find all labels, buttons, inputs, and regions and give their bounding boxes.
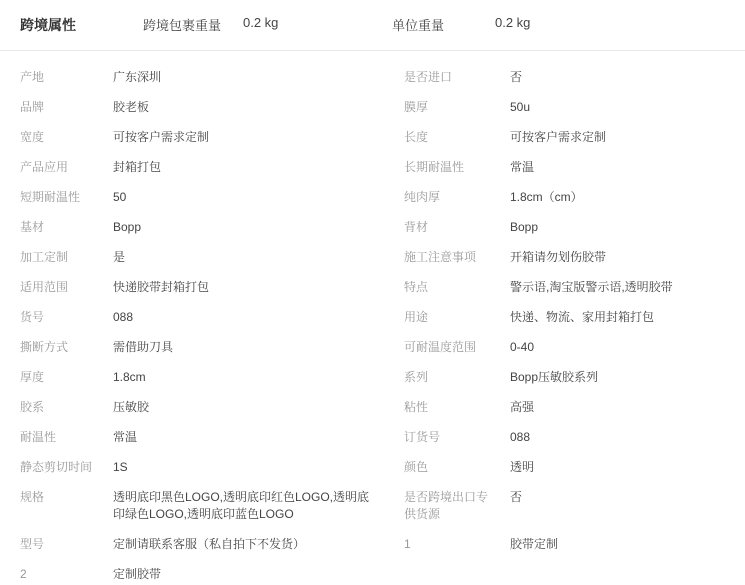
attribute-label: 系列 xyxy=(404,360,510,390)
attribute-label: 背材 xyxy=(404,210,510,240)
attribute-value: 封箱打包 xyxy=(113,150,404,180)
attribute-label: 是否跨境出口专供货源 xyxy=(404,480,510,527)
attribute-value: 常温 xyxy=(113,420,404,450)
attribute-label: 撕断方式 xyxy=(20,330,113,360)
attribute-value: 50u xyxy=(510,90,745,120)
attribute-value: 需借助刀具 xyxy=(113,330,404,360)
attribute-value: 快递胶带封箱打包 xyxy=(113,270,404,300)
attribute-value: 高强 xyxy=(510,390,745,420)
attribute-value: 否 xyxy=(510,480,745,527)
attribute-value xyxy=(510,557,745,585)
attribute-value: 定制胶带 xyxy=(113,557,404,585)
attribute-value: Bopp压敏胶系列 xyxy=(510,360,745,390)
section-title: 跨境属性 xyxy=(20,15,76,35)
attribute-value: 压敏胶 xyxy=(113,390,404,420)
attribute-label: 胶系 xyxy=(20,390,113,420)
attribute-label: 特点 xyxy=(404,270,510,300)
cross-border-weight-value: 0.2 kg xyxy=(243,15,278,30)
attribute-label: 是否进口 xyxy=(404,60,510,90)
attribute-label: 产品应用 xyxy=(20,150,113,180)
attribute-value: 胶老板 xyxy=(113,90,404,120)
attribute-label: 颜色 xyxy=(404,450,510,480)
attribute-value: 088 xyxy=(510,420,745,450)
attribute-label: 宽度 xyxy=(20,120,113,150)
cross-border-attributes-header: 跨境属性 跨境包裹重量 0.2 kg 单位重量 0.2 kg xyxy=(0,0,745,51)
attribute-value: 可按客户需求定制 xyxy=(113,120,404,150)
attribute-label: 长度 xyxy=(404,120,510,150)
attribute-label: 规格 xyxy=(20,480,113,527)
attribute-label: 可耐温度范围 xyxy=(404,330,510,360)
attribute-value: 透明底印黑色LOGO,透明底印红色LOGO,透明底印绿色LOGO,透明底印蓝色L… xyxy=(113,480,404,527)
attribute-value: 1S xyxy=(113,450,404,480)
attribute-label: 施工注意事项 xyxy=(404,240,510,270)
attribute-value: 是 xyxy=(113,240,404,270)
attribute-value: 否 xyxy=(510,60,745,90)
attribute-value: 广东深圳 xyxy=(113,60,404,90)
cross-border-weight-label: 跨境包裹重量 xyxy=(143,15,221,34)
attribute-label: 用途 xyxy=(404,300,510,330)
unit-weight-label: 单位重量 xyxy=(392,15,444,34)
product-attributes-panel: 跨境属性 跨境包裹重量 0.2 kg 单位重量 0.2 kg 产地 广东深圳 是… xyxy=(0,0,745,585)
attribute-value: 警示语,淘宝版警示语,透明胶带 xyxy=(510,270,745,300)
attribute-value: 胶带定制 xyxy=(510,527,745,557)
attribute-value: 50 xyxy=(113,180,404,210)
attribute-label: 耐温性 xyxy=(20,420,113,450)
attribute-label xyxy=(404,557,510,585)
attribute-label: 长期耐温性 xyxy=(404,150,510,180)
attribute-value: 0-40 xyxy=(510,330,745,360)
attribute-label: 厚度 xyxy=(20,360,113,390)
attribute-value: Bopp xyxy=(113,210,404,240)
attribute-label: 产地 xyxy=(20,60,113,90)
attribute-label: 短期耐温性 xyxy=(20,180,113,210)
attribute-label: 品牌 xyxy=(20,90,113,120)
attribute-value: 开箱请勿划伤胶带 xyxy=(510,240,745,270)
attribute-label: 静态剪切时间 xyxy=(20,450,113,480)
attribute-label: 加工定制 xyxy=(20,240,113,270)
attribute-value: 定制请联系客服（私自拍下不发货） xyxy=(113,527,404,557)
attribute-value: 快递、物流、家用封箱打包 xyxy=(510,300,745,330)
attribute-value: 088 xyxy=(113,300,404,330)
attribute-value: 可按客户需求定制 xyxy=(510,120,745,150)
attribute-value: 1.8cm（cm） xyxy=(510,180,745,210)
attribute-value: 1.8cm xyxy=(113,360,404,390)
attribute-label: 2 xyxy=(20,557,113,585)
attributes-table: 产地 广东深圳 是否进口 否 品牌 胶老板 膜厚 50u 宽度 可按客户需求定制… xyxy=(0,51,745,585)
attribute-label: 货号 xyxy=(20,300,113,330)
attribute-label: 基材 xyxy=(20,210,113,240)
attribute-label: 纯肉厚 xyxy=(404,180,510,210)
attribute-label: 型号 xyxy=(20,527,113,557)
attribute-label: 膜厚 xyxy=(404,90,510,120)
attribute-label: 订货号 xyxy=(404,420,510,450)
attribute-value: 常温 xyxy=(510,150,745,180)
attribute-value: 透明 xyxy=(510,450,745,480)
attribute-label: 1 xyxy=(404,527,510,557)
attribute-value: Bopp xyxy=(510,210,745,240)
unit-weight-value: 0.2 kg xyxy=(495,15,530,30)
attribute-label: 适用范围 xyxy=(20,270,113,300)
attribute-label: 粘性 xyxy=(404,390,510,420)
